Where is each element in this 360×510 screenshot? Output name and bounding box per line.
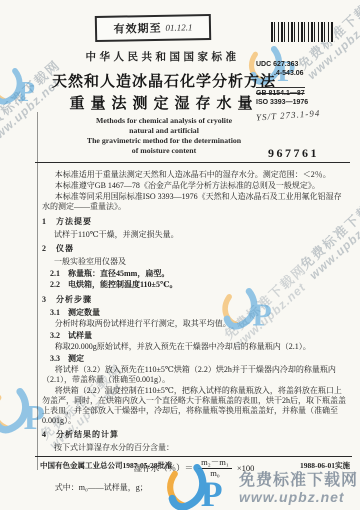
handwritten-ys-number: YS/T 273.1-94 <box>256 106 357 125</box>
subsection-heading: 2.1 称量瓶：直径45mm，扁型。 <box>42 269 346 279</box>
paragraph: 本标准适用于重量法测定天然和人造冰晶石中的湿存水分。测定范围：＜2％。 <box>42 170 346 180</box>
section-heading: 4 分析结果的计算 <box>42 430 346 440</box>
document-title-en: Methods for chemical analysis of cryolit… <box>36 116 292 157</box>
left-margin-line <box>37 112 38 470</box>
title-en-line: The gravimetric method for the determina… <box>36 136 292 146</box>
section-heading: 1 方法提要 <box>42 217 346 227</box>
title-en-line: Methods for chemical analysis of cryolit… <box>36 116 292 126</box>
paragraph: 将烘箱（2.2）温度控制在110±5℃，把称入试样的称量瓶放入，将盖斜放在瓶口上… <box>42 386 346 426</box>
document-title-cn-line1: 天然和人造冰晶石化学分析方法 <box>38 70 290 91</box>
gb-number-struck: GB 8154.1—87 <box>256 87 305 98</box>
subsection-heading: 3.3 测定 <box>42 354 346 364</box>
footer: 中国有色金属工业总公司1987-05-28批准 1988-06-01实施 <box>40 460 350 471</box>
standard-codes: UDC 627.363 .4-543.06 GB 8154.1—87 ISO 3… <box>256 60 356 121</box>
document-body: 本标准适用于重量法测定天然和人造冰晶石中的湿存水分。测定范围：＜2％。本标准遵守… <box>42 169 346 494</box>
udc-number: UDC 627.363 <box>256 60 356 69</box>
national-standard-heading: 中华人民共和国国家标准 <box>55 49 270 64</box>
subsection-heading: 3.1 测定数量 <box>42 308 346 318</box>
implementation-note: 1988-06-01实施 <box>300 460 350 471</box>
paragraph: 式中：m₀——试样量，g； <box>42 483 346 493</box>
subsection-heading: 2.2 电烘箱，能控制温度110±5℃。 <box>42 280 346 290</box>
approval-note: 中国有色金属工业总公司1987-05-28批准 <box>40 460 173 471</box>
serial-number: 967761 <box>268 146 319 161</box>
paragraph: 按下式计算湿存水分的百分含量： <box>42 443 346 453</box>
barcode <box>271 22 334 42</box>
paragraph: 试样于110℃干燥，并测定损失量。 <box>42 230 346 240</box>
paragraph: 本标准遵守GB 1467—78《冶金产品化学分析方法标准的总则及一般规定》。 <box>42 181 346 191</box>
paragraph: 一般实验室用仪器及 <box>42 257 346 267</box>
validity-stamp-label: 有效期至 <box>113 20 161 37</box>
validity-stamp: 有效期至 01.12.1 <box>95 14 211 42</box>
paragraph: 将试样（3.2）放入预先在110±5℃烘箱（2.2）烘2h并于干燥器内冷却的称量… <box>42 365 346 385</box>
svg-text:P: P <box>18 77 35 107</box>
title-en-line: natural and artificial <box>36 126 292 136</box>
document-title-cn-line2: 重量法测定湿存水量 <box>38 92 290 113</box>
subsection-heading: 3.2 试样量 <box>42 331 346 341</box>
udc-number-continued: .4-543.06 <box>256 69 356 78</box>
paragraph: 称取20.000g原始试样，并放入预先在干燥器中冷却后的称量瓶内（2.1）。 <box>42 342 346 352</box>
validity-stamp-date: 01.12.1 <box>165 22 192 32</box>
paragraph: 分析时称取两份试样进行平行测定，取其平均值。 <box>42 319 346 329</box>
title-en-line: of moisture content <box>36 146 292 156</box>
footer-divider <box>35 456 352 457</box>
header-divider <box>35 162 350 163</box>
document-page: 免费标准下载网 www.upbz.net 免费标准下载网 www.upbz.ne… <box>0 0 360 510</box>
paragraph: 本标准等同采用国际标准ISO 3393—1976《天然和人造冰晶石及工业用氟化铝… <box>42 192 346 212</box>
section-heading: 3 分析步骤 <box>42 295 346 305</box>
section-heading: 2 仪器 <box>42 244 346 254</box>
